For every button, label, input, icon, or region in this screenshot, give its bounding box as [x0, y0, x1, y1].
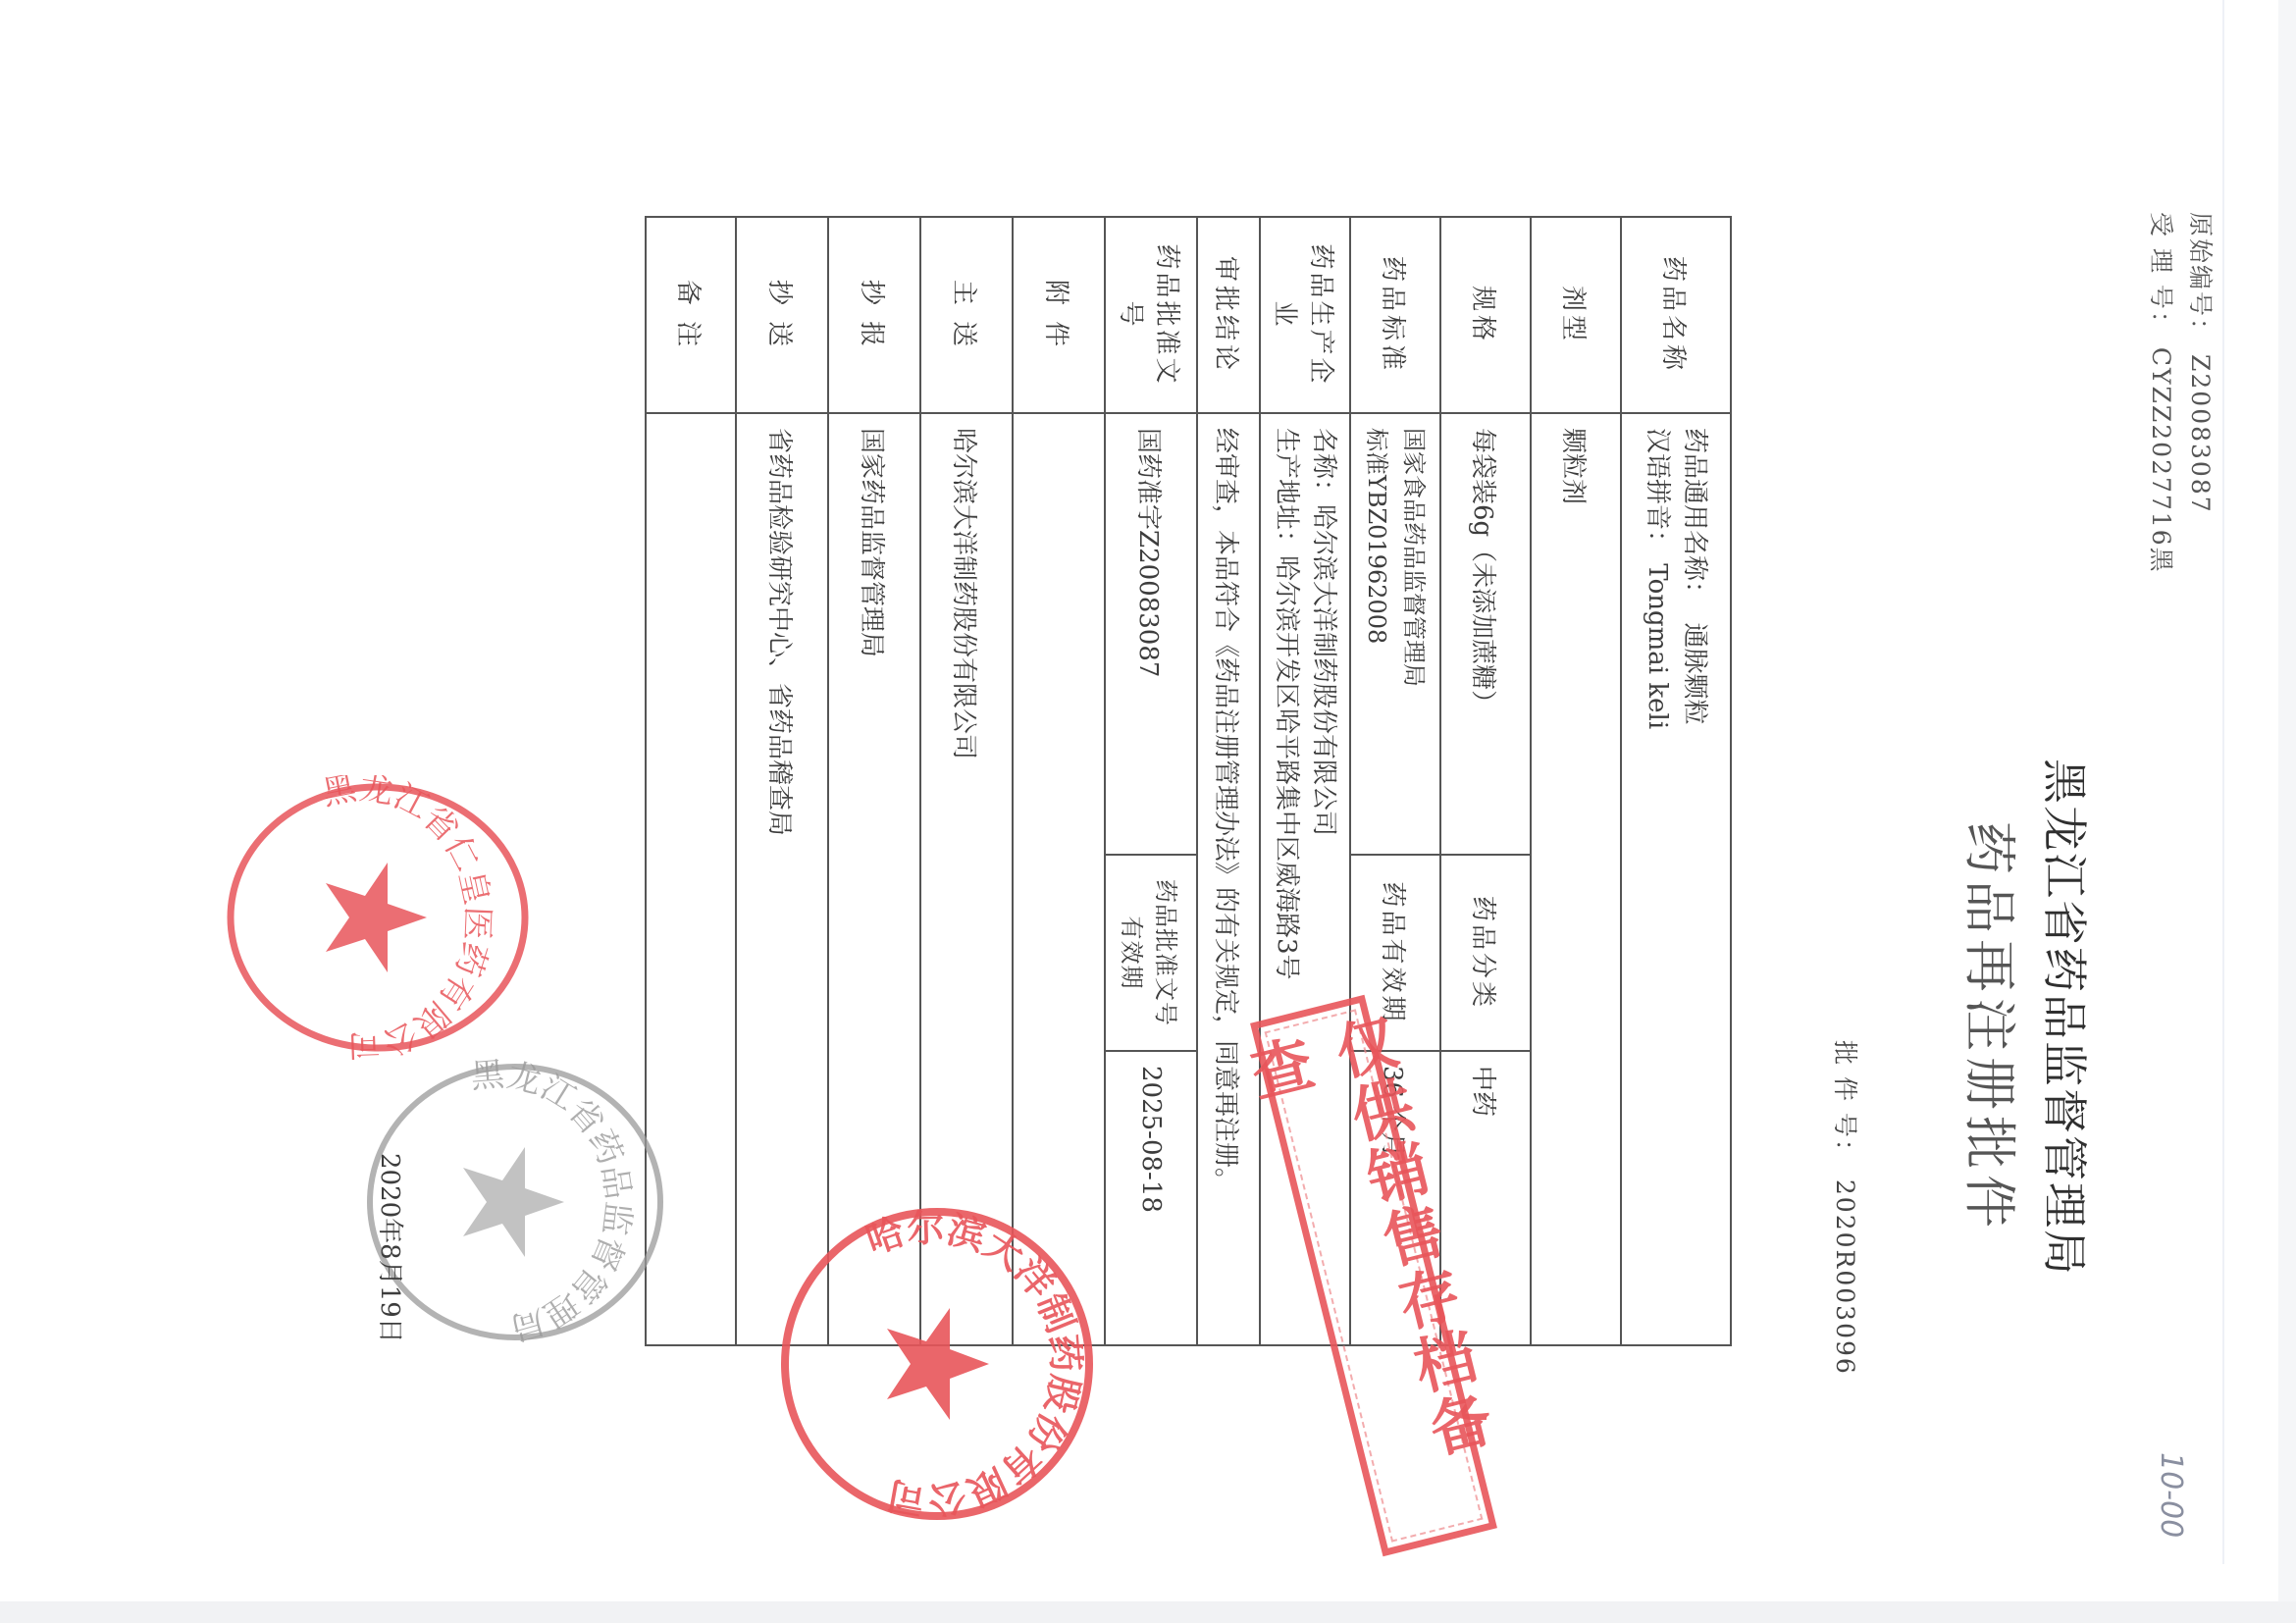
manufacturer-name-label: 名称：	[1309, 428, 1338, 504]
approval-document-number-value: 2020R003096	[1831, 1179, 1859, 1376]
generic-name-label: 药品通用名称：	[1680, 428, 1709, 606]
standard-line-2: 标准YBZ01962008	[1358, 428, 1395, 840]
table-row-copy-to: 抄 送 省药品检验研究中心、省药品稽查局	[736, 217, 828, 1345]
attachment-label: 附 件	[1013, 217, 1105, 413]
main-recipient-label: 主 送	[920, 217, 1013, 413]
standard-value: 国家食品药品监督管理局 标准YBZ01962008	[1350, 413, 1440, 855]
remarks-label: 备 注	[646, 217, 736, 413]
original-number-value: Z20083087	[2186, 354, 2215, 514]
document-page: 原始编号：Z20083087 受 理 号：CYZZ2027716黑 黑龙江省药品…	[0, 0, 2296, 1623]
category-label: 药品分类	[1440, 855, 1531, 1051]
category-value: 中药	[1440, 1051, 1531, 1345]
approval-validity-value: 2025-08-18	[1105, 1051, 1197, 1345]
manufacturer-label: 药品生产企业	[1260, 217, 1350, 413]
table-row-standard: 药品标准 国家食品药品监督管理局 标准YBZ01962008 药品有效期 36 …	[1350, 217, 1440, 1345]
original-number: 原始编号：Z20083087	[2184, 212, 2219, 514]
pinyin-label: 汉语拼音：	[1643, 428, 1672, 555]
manufacturer-address-label: 生产地址：	[1272, 428, 1301, 555]
table-row-attachment: 附 件	[1013, 217, 1105, 1345]
approval-number-label: 药品批准文号	[1105, 217, 1197, 413]
table-row-dosage-form: 剂型 颗粒剂	[1531, 217, 1621, 1345]
dosage-form-label: 剂型	[1531, 217, 1621, 413]
remarks-value	[646, 413, 736, 1345]
table-row-drug-name: 药品名称 药品通用名称： 通脉颗粒 汉语拼音： Tongmai keli	[1621, 217, 1731, 1345]
table-row-report-to: 抄 报 国家药品监督管理局	[828, 217, 920, 1345]
specification-label: 规格	[1440, 217, 1531, 413]
attachment-value	[1013, 413, 1105, 1345]
document-title: 药品再注册批件	[1956, 0, 2031, 1623]
issue-date: 2020年8月19日	[374, 1153, 410, 1343]
table-row-remarks: 备 注	[646, 217, 736, 1345]
table-row-conclusion: 审批结论 经审查，本品符合《药品注册管理办法》的有关规定，同意再注册。	[1197, 217, 1260, 1345]
report-to-value: 国家药品监督管理局	[828, 413, 920, 1345]
drug-name-cell: 药品通用名称： 通脉颗粒 汉语拼音： Tongmai keli	[1621, 413, 1731, 1345]
approval-validity-label: 药品批准文号有效期	[1105, 855, 1197, 1051]
drug-name-label: 药品名称	[1621, 217, 1731, 413]
original-number-label: 原始编号：	[2186, 212, 2215, 344]
acceptance-number: 受 理 号：CYZZ2027716黑	[2145, 212, 2180, 574]
copy-to-label: 抄 送	[736, 217, 828, 413]
handwritten-page-mark: 10-00	[2154, 1452, 2188, 1538]
approval-table: 药品名称 药品通用名称： 通脉颗粒 汉语拼音： Tongmai keli 剂型 …	[645, 216, 1732, 1346]
approval-number-value: 国药准字Z20083087	[1105, 413, 1197, 855]
report-to-label: 抄 报	[828, 217, 920, 413]
table-row-main-recipient: 主 送 哈尔滨大洋制药股份有限公司	[920, 217, 1013, 1345]
specification-value: 每袋装6g（未添加蔗糖）	[1440, 413, 1531, 855]
approval-document-number: 批 件 号：2020R003096	[1829, 1040, 1864, 1376]
manufacturer-cell: 名称：哈尔滨大洋制药股份有限公司 生产地址：哈尔滨开发区哈平路集中区威海路3号	[1260, 413, 1350, 1345]
dosage-form-value: 颗粒剂	[1531, 413, 1621, 1345]
acceptance-number-value: CYZZ2027716黑	[2147, 347, 2175, 574]
pinyin-value: Tongmai keli	[1643, 563, 1672, 729]
conclusion-value: 经审查，本品符合《药品注册管理办法》的有关规定，同意再注册。	[1197, 413, 1260, 1345]
manufacturer-name-value: 哈尔滨大洋制药股份有限公司	[1309, 504, 1338, 836]
validity-label: 药品有效期	[1350, 855, 1440, 1051]
generic-name-value: 通脉颗粒	[1680, 623, 1709, 725]
validity-value: 36 个月	[1350, 1051, 1440, 1345]
standard-label: 药品标准	[1350, 217, 1440, 413]
standard-line-1: 国家食品药品监督管理局	[1395, 428, 1433, 840]
table-row-specification: 规格 每袋装6g（未添加蔗糖） 药品分类 中药	[1440, 217, 1531, 1345]
acceptance-number-label: 受 理 号：	[2147, 212, 2175, 338]
manufacturer-address-value: 哈尔滨开发区哈平路集中区威海路3号	[1272, 555, 1301, 980]
agency-title: 黑龙江省药品监督管理局	[2035, 0, 2100, 1623]
table-row-manufacturer: 药品生产企业 名称：哈尔滨大洋制药股份有限公司 生产地址：哈尔滨开发区哈平路集中…	[1260, 217, 1350, 1345]
copy-to-value: 省药品检验研究中心、省药品稽查局	[736, 413, 828, 1345]
main-recipient-value: 哈尔滨大洋制药股份有限公司	[920, 413, 1013, 1345]
table-row-approval-number: 药品批准文号 国药准字Z20083087 药品批准文号有效期 2025-08-1…	[1105, 217, 1197, 1345]
approval-document-number-label: 批 件 号：	[1831, 1040, 1859, 1166]
conclusion-label: 审批结论	[1197, 217, 1260, 413]
